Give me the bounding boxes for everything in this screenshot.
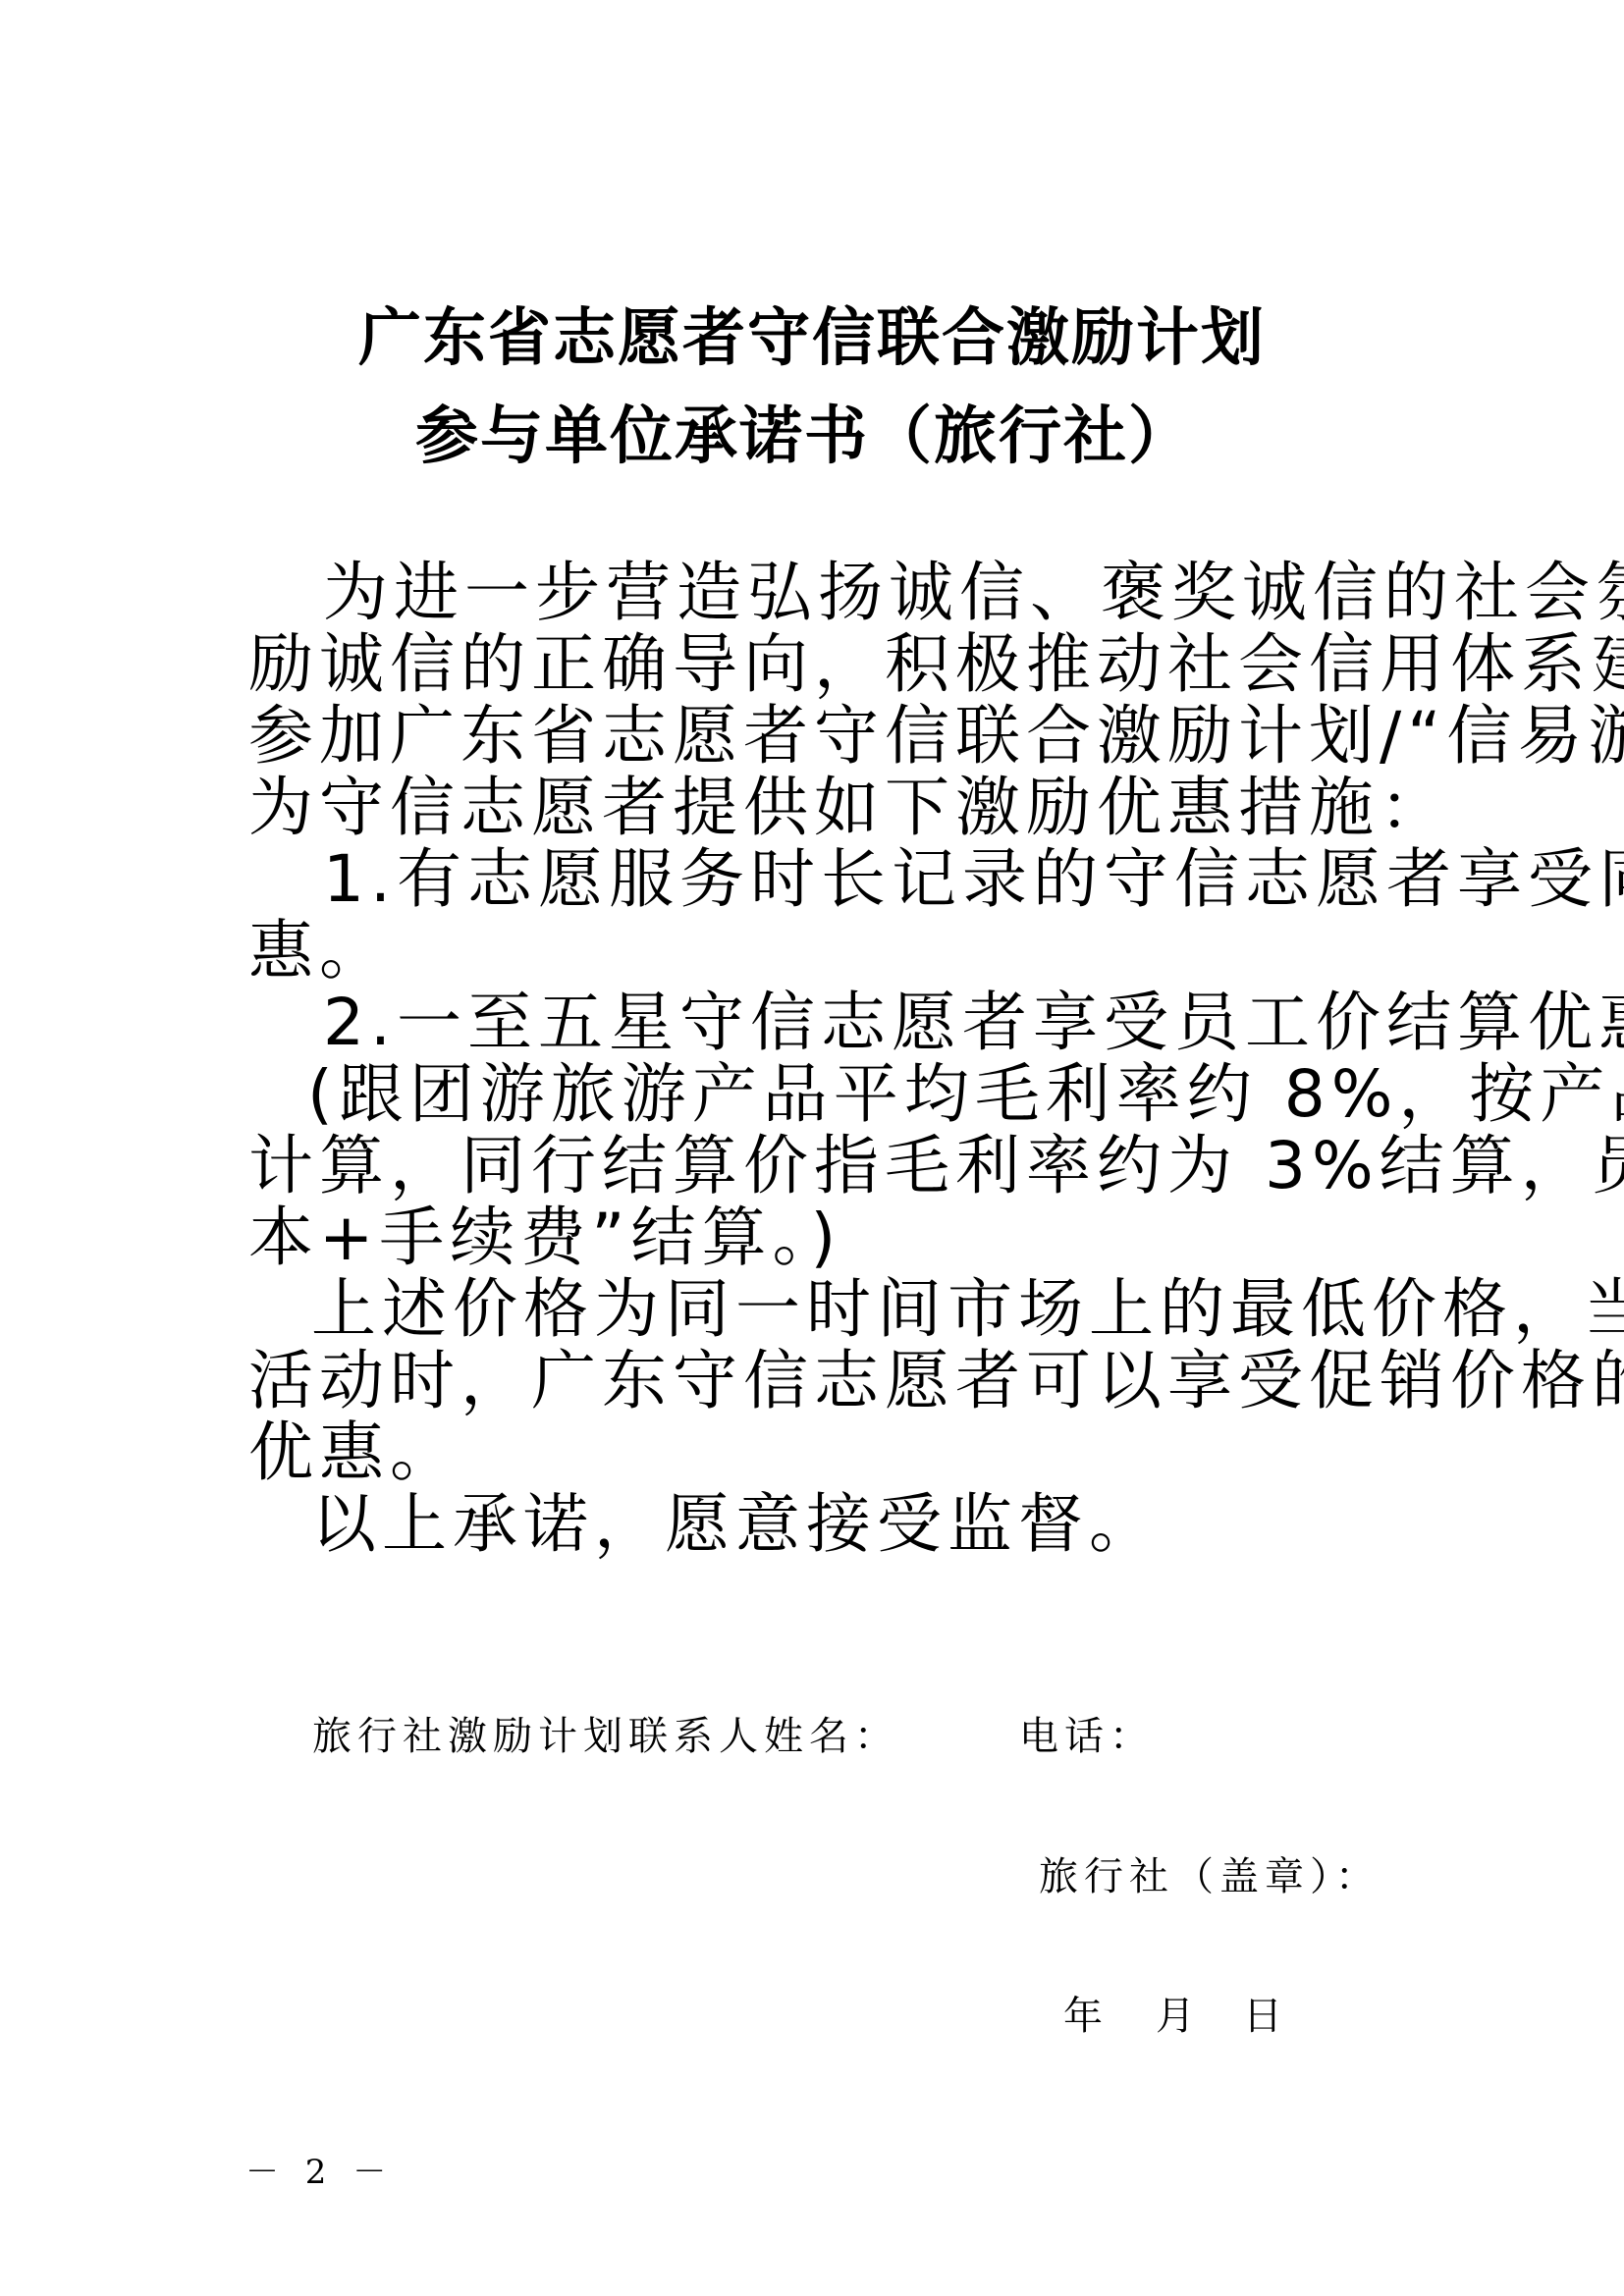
intro-line: 参加广东省志愿者守信联合激励计划/“信易游”活动，承诺 xyxy=(248,700,1387,772)
seal-label: 旅行社（盖章）： xyxy=(1039,1845,1380,1901)
document-page: 广东省志愿者守信联合激励计划 参与单位承诺书（旅行社） 为进一步营造弘扬诚信、褒… xyxy=(0,0,1624,2296)
intro-line: 为守信志愿者提供如下激励优惠措施： xyxy=(248,772,1387,843)
document-body: 为进一步营造弘扬诚信、褒奖诚信的社会氛围，树立激 励诚信的正确导向，积极推动社会… xyxy=(248,557,1387,1560)
price-line: 优惠。 xyxy=(248,1416,1387,1488)
price-line: 活动时，广东守信志愿者可以享受促销价格的最低价或更低 xyxy=(248,1345,1387,1416)
note-line: 计算，同行结算价指毛利率约为 3%结算，员工价结算指“成 xyxy=(248,1130,1387,1201)
contact-name-label: 旅行社激励计划联系人姓名： xyxy=(312,1705,899,1761)
item-2-line: 2.一至五星守信志愿者享受员工价结算优惠。 xyxy=(248,987,1387,1058)
item-1-line: 1.有志愿服务时长记录的守信志愿者享受同行价结算优 xyxy=(248,843,1387,915)
intro-line: 为进一步营造弘扬诚信、褒奖诚信的社会氛围，树立激 xyxy=(248,557,1387,628)
date-month-label: 月 xyxy=(1156,1985,1201,2041)
phone-label: 电话： xyxy=(1019,1705,1155,1761)
document-title-line-1: 广东省志愿者守信联合激励计划 xyxy=(0,299,1624,378)
intro-line: 励诚信的正确导向，积极推动社会信用体系建设，我社自愿 xyxy=(248,628,1387,700)
page-number: － 2 － xyxy=(245,2145,394,2193)
price-line: 上述价格为同一时间市场上的最低价格，当有大型促销 xyxy=(248,1273,1387,1345)
date-year-label: 年 xyxy=(1063,1985,1109,2041)
note-line: 本+手续费”结算。) xyxy=(248,1201,1387,1273)
document-title-line-2: 参与单位承诺书（旅行社） xyxy=(0,398,1616,476)
date-day-label: 日 xyxy=(1243,1985,1288,2041)
item-1-line: 惠。 xyxy=(248,915,1387,987)
closing-line: 以上承诺，愿意接受监督。 xyxy=(248,1488,1387,1560)
note-line: (跟团游旅游产品平均毛利率约 8%，按产品上市的正价来 xyxy=(248,1058,1387,1130)
